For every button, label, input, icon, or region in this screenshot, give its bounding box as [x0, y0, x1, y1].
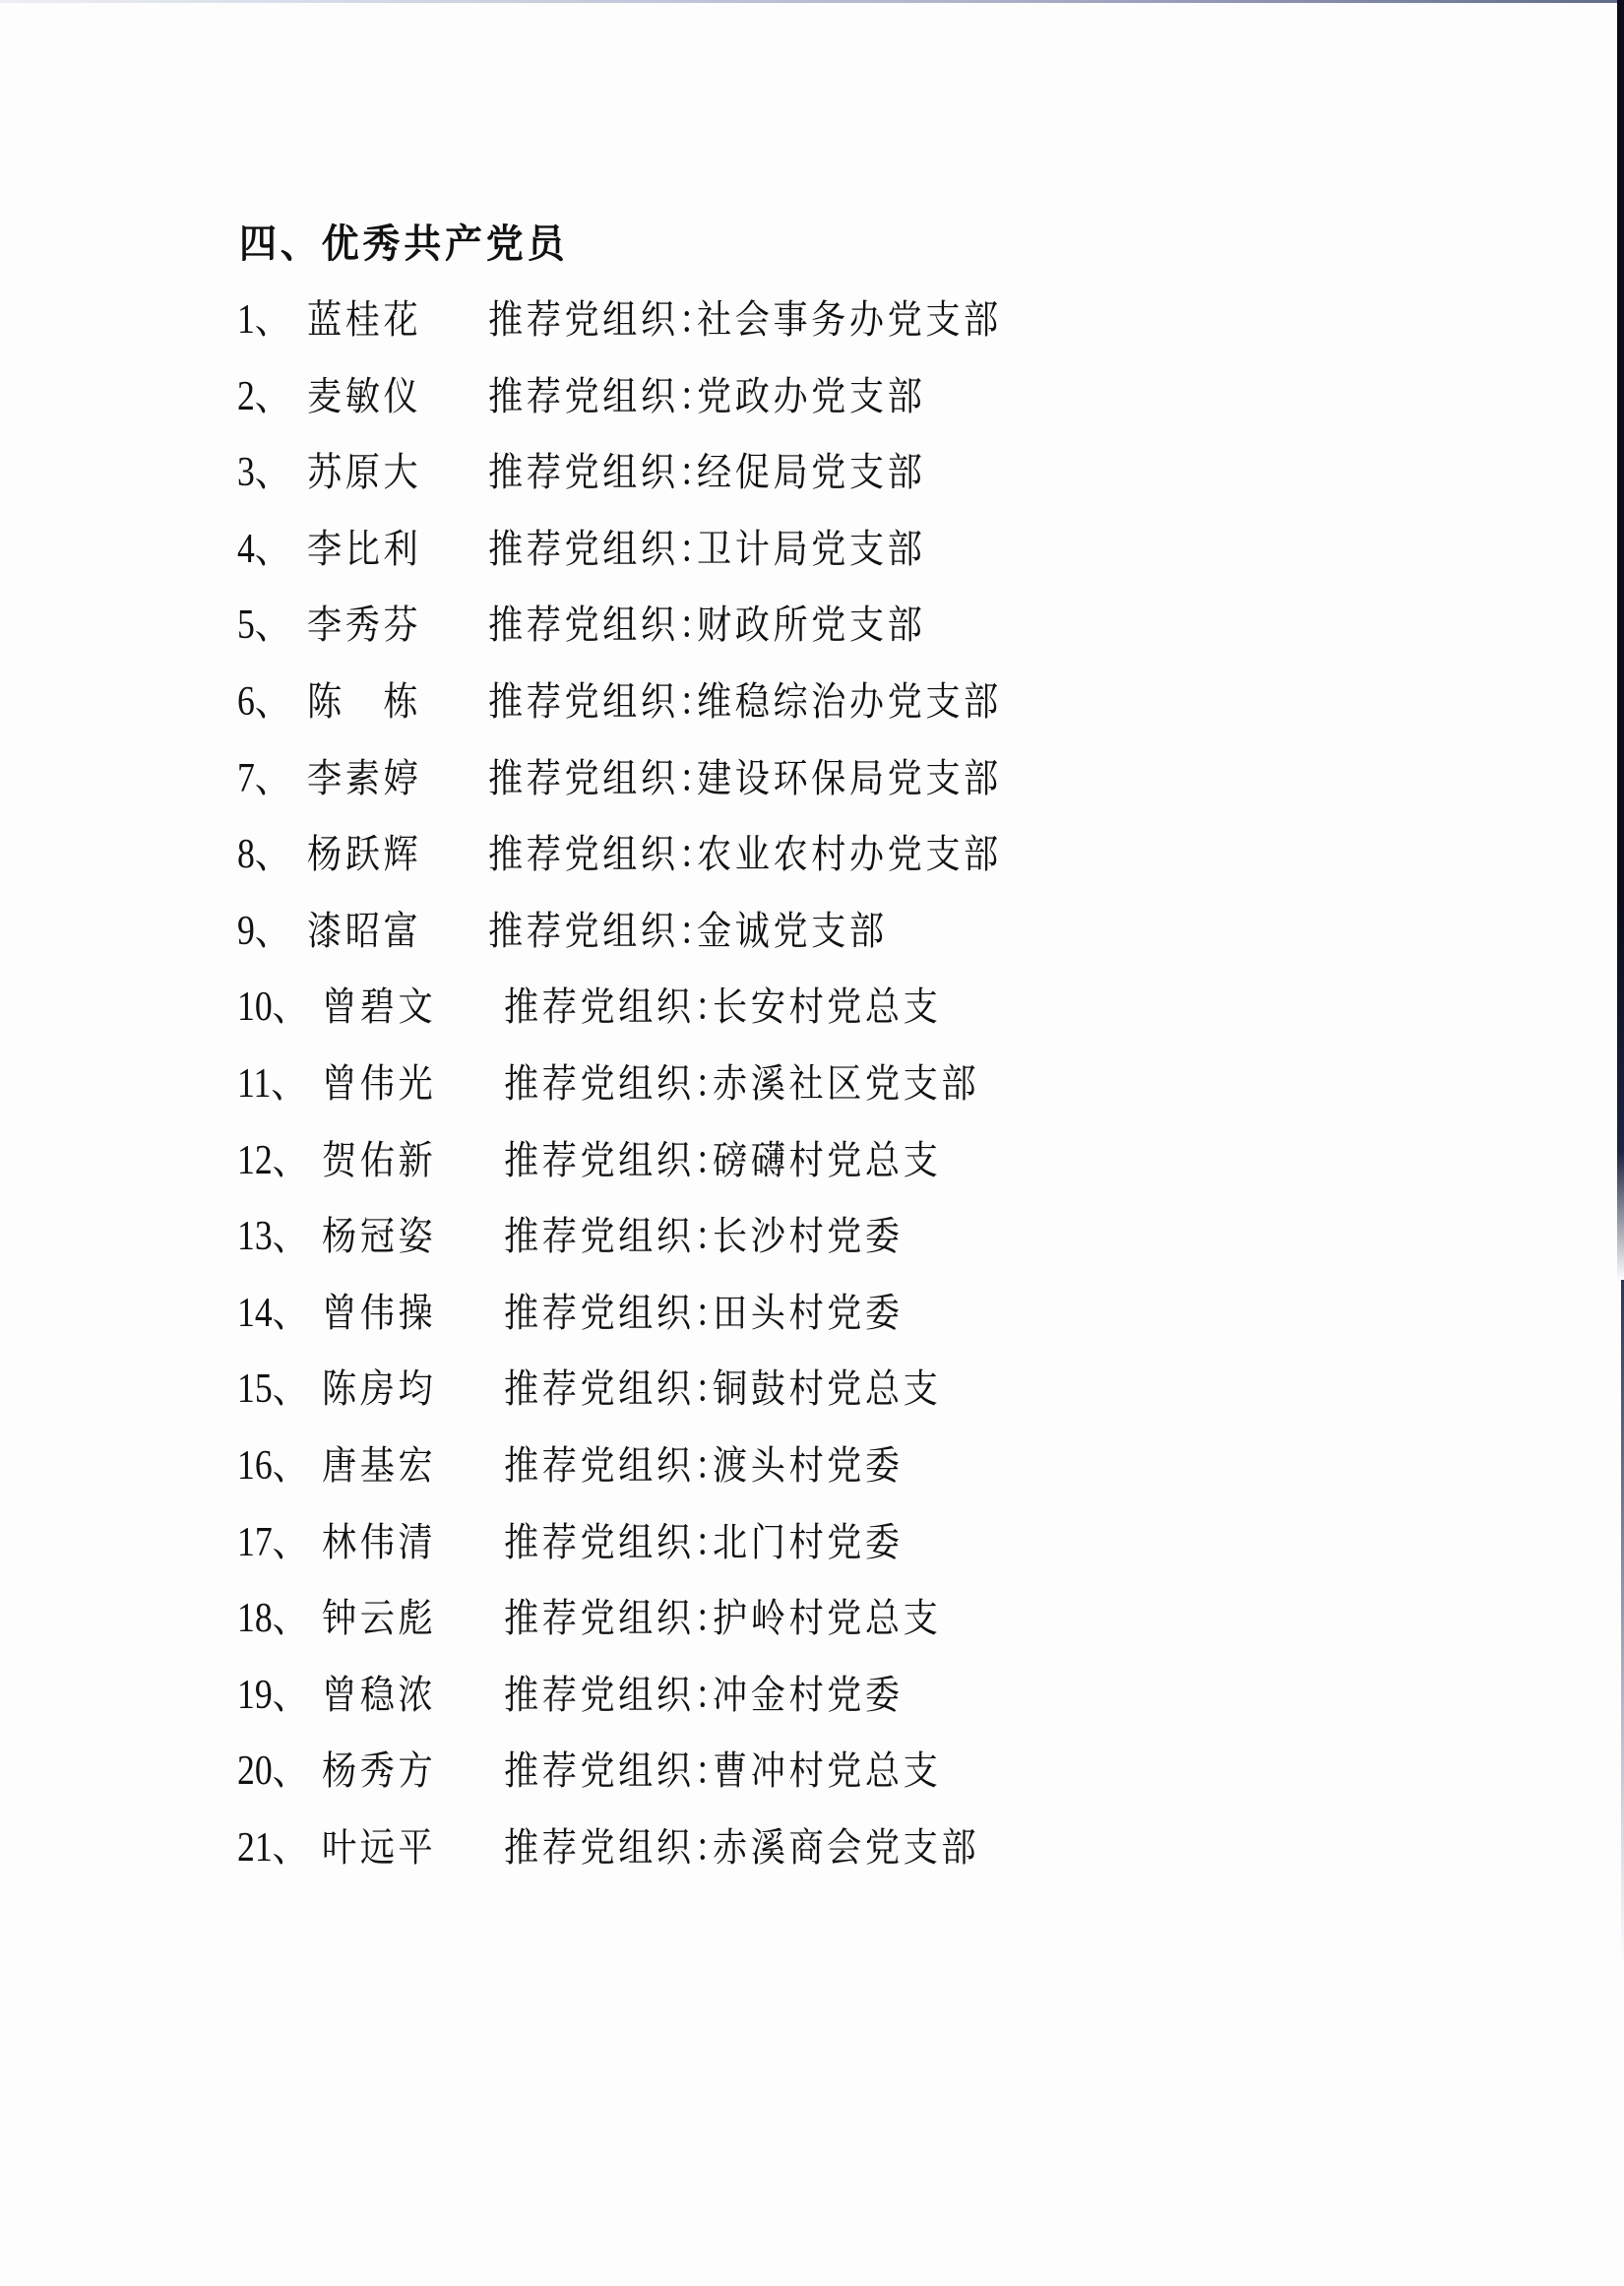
- item-number: 6、: [237, 677, 290, 727]
- list-item: 16、唐基宏推荐党组织：渡头村党委: [0, 1441, 1378, 1491]
- list-item: 7、李素婷推荐党组织：建设环保局党支部: [0, 754, 1378, 803]
- party-organization: 党政办党支部: [697, 372, 925, 421]
- member-name: 曾伟光: [322, 1059, 436, 1109]
- list-item: 2、麦敏仪推荐党组织：党政办党支部: [0, 372, 1378, 421]
- item-number: 5、: [237, 601, 290, 650]
- member-name: 曾稳浓: [322, 1671, 436, 1720]
- party-organization: 北门村党委: [713, 1518, 904, 1567]
- party-organization: 曹冲村党总支: [713, 1746, 941, 1796]
- recommending-org-label: 推荐党组织：: [488, 830, 717, 879]
- recommending-org-label: 推荐党组织：: [488, 907, 717, 956]
- recommending-org-label: 推荐党组织：: [488, 295, 717, 345]
- member-name: 曾伟操: [322, 1289, 436, 1338]
- recommending-org-label: 推荐党组织：: [504, 1136, 732, 1185]
- member-name: 陈房均: [322, 1365, 436, 1414]
- member-name: 叶远平: [322, 1823, 436, 1873]
- member-name: 李比利: [307, 525, 421, 574]
- recommending-org-label: 推荐党组织：: [504, 1059, 732, 1109]
- member-name: 曾碧文: [322, 983, 436, 1032]
- item-number: 1、: [237, 295, 290, 345]
- list-item: 18、钟云彪推荐党组织：护岭村党总支: [0, 1594, 1378, 1643]
- recommending-org-label: 推荐党组织：: [488, 601, 717, 650]
- list-item: 9、漆昭富推荐党组织：金诚党支部: [0, 907, 1378, 956]
- scan-edge-right: [1617, 0, 1624, 1280]
- section-heading: 四、优秀共产党员: [239, 221, 568, 268]
- party-organization: 渡头村党委: [713, 1441, 904, 1491]
- member-name: 李秀芬: [307, 601, 421, 650]
- party-organization: 赤溪商会党支部: [713, 1823, 979, 1873]
- party-organization: 长沙村党委: [713, 1212, 904, 1261]
- recommending-org-label: 推荐党组织：: [504, 1746, 732, 1796]
- party-organization: 护岭村党总支: [713, 1594, 941, 1643]
- recommending-org-label: 推荐党组织：: [488, 448, 717, 497]
- item-number: 19、: [237, 1671, 307, 1720]
- party-organization: 建设环保局党支部: [697, 754, 1002, 803]
- party-organization: 田头村党委: [713, 1289, 904, 1338]
- scanned-page: 四、优秀共产党员 1、蓝桂花推荐党组织：社会事务办党支部2、麦敏仪推荐党组织：党…: [0, 0, 1624, 2286]
- party-organization: 财政所党支部: [697, 601, 925, 650]
- list-item: 17、林伟清推荐党组织：北门村党委: [0, 1518, 1378, 1567]
- recommending-org-label: 推荐党组织：: [504, 1671, 732, 1720]
- list-item: 15、陈房均推荐党组织：铜鼓村党总支: [0, 1365, 1378, 1414]
- recommending-org-label: 推荐党组织：: [504, 1594, 732, 1643]
- list-item: 5、李秀芬推荐党组织：财政所党支部: [0, 601, 1378, 650]
- member-name: 唐基宏: [322, 1441, 436, 1491]
- item-number: 2、: [237, 372, 290, 421]
- member-name: 钟云彪: [322, 1594, 436, 1643]
- party-organization: 金诚党支部: [697, 907, 888, 956]
- item-number: 15、: [237, 1365, 307, 1414]
- list-item: 3、苏原大推荐党组织：经促局党支部: [0, 448, 1378, 497]
- recommending-org-label: 推荐党组织：: [488, 677, 717, 727]
- item-number: 14、: [237, 1289, 307, 1338]
- item-number: 16、: [237, 1441, 307, 1491]
- scan-edge-top: [0, 0, 1624, 3]
- recommending-org-label: 推荐党组织：: [504, 1823, 732, 1873]
- member-name: 杨冠姿: [322, 1212, 436, 1261]
- list-item: 11、曾伟光推荐党组织：赤溪社区党支部: [0, 1059, 1378, 1109]
- party-organization: 磅礴村党总支: [713, 1136, 941, 1185]
- item-number: 20、: [237, 1746, 307, 1796]
- recommending-org-label: 推荐党组织：: [488, 372, 717, 421]
- member-name: 林伟清: [322, 1518, 436, 1567]
- member-name: 陈 栋: [307, 677, 421, 727]
- recommending-org-label: 推荐党组织：: [504, 1518, 732, 1567]
- party-organization: 维稳综治办党支部: [697, 677, 1002, 727]
- member-name: 李素婷: [307, 754, 421, 803]
- party-organization: 铜鼓村党总支: [713, 1365, 941, 1414]
- item-number: 8、: [237, 830, 290, 879]
- item-number: 13、: [237, 1212, 307, 1261]
- list-item: 14、曾伟操推荐党组织：田头村党委: [0, 1289, 1378, 1338]
- party-organization: 农业农村办党支部: [697, 830, 1002, 879]
- list-item: 21、叶远平推荐党组织：赤溪商会党支部: [0, 1823, 1378, 1873]
- member-name: 漆昭富: [307, 907, 421, 956]
- list-item: 12、贺佑新推荐党组织：磅礴村党总支: [0, 1136, 1378, 1185]
- recommending-org-label: 推荐党组织：: [504, 1289, 732, 1338]
- item-number: 21、: [237, 1823, 307, 1873]
- party-organization: 赤溪社区党支部: [713, 1059, 979, 1109]
- member-name: 麦敏仪: [307, 372, 421, 421]
- recommending-org-label: 推荐党组织：: [504, 1365, 732, 1414]
- item-number: 3、: [237, 448, 290, 497]
- list-item: 6、陈 栋推荐党组织：维稳综治办党支部: [0, 677, 1378, 727]
- list-item: 8、杨跃辉推荐党组织：农业农村办党支部: [0, 830, 1378, 879]
- list-item: 10、曾碧文推荐党组织：长安村党总支: [0, 983, 1378, 1032]
- member-name: 杨跃辉: [307, 830, 421, 879]
- item-number: 12、: [237, 1136, 307, 1185]
- list-item: 13、杨冠姿推荐党组织：长沙村党委: [0, 1212, 1378, 1261]
- list-item: 1、蓝桂花推荐党组织：社会事务办党支部: [0, 295, 1378, 345]
- party-organization: 长安村党总支: [713, 983, 941, 1032]
- item-number: 7、: [237, 754, 290, 803]
- item-number: 17、: [237, 1518, 307, 1567]
- list-item: 4、李比利推荐党组织：卫计局党支部: [0, 525, 1378, 574]
- item-number: 18、: [237, 1594, 307, 1643]
- party-organization: 经促局党支部: [697, 448, 925, 497]
- member-name: 贺佑新: [322, 1136, 436, 1185]
- party-organization: 社会事务办党支部: [697, 295, 1002, 345]
- member-name: 杨秀方: [322, 1746, 436, 1796]
- recommending-org-label: 推荐党组织：: [504, 1441, 732, 1491]
- item-number: 11、: [237, 1059, 306, 1109]
- party-organization: 冲金村党委: [713, 1671, 904, 1720]
- item-number: 4、: [237, 525, 290, 574]
- list-item: 20、杨秀方推荐党组织：曹冲村党总支: [0, 1746, 1378, 1796]
- recommending-org-label: 推荐党组织：: [488, 754, 717, 803]
- member-name: 苏原大: [307, 448, 421, 497]
- recommending-org-label: 推荐党组织：: [488, 525, 717, 574]
- party-organization: 卫计局党支部: [697, 525, 925, 574]
- item-number: 9、: [237, 907, 290, 956]
- item-number: 10、: [237, 983, 307, 1032]
- recommending-org-label: 推荐党组织：: [504, 1212, 732, 1261]
- recommending-org-label: 推荐党组织：: [504, 983, 732, 1032]
- member-name: 蓝桂花: [307, 295, 421, 345]
- list-item: 19、曾稳浓推荐党组织：冲金村党委: [0, 1671, 1378, 1720]
